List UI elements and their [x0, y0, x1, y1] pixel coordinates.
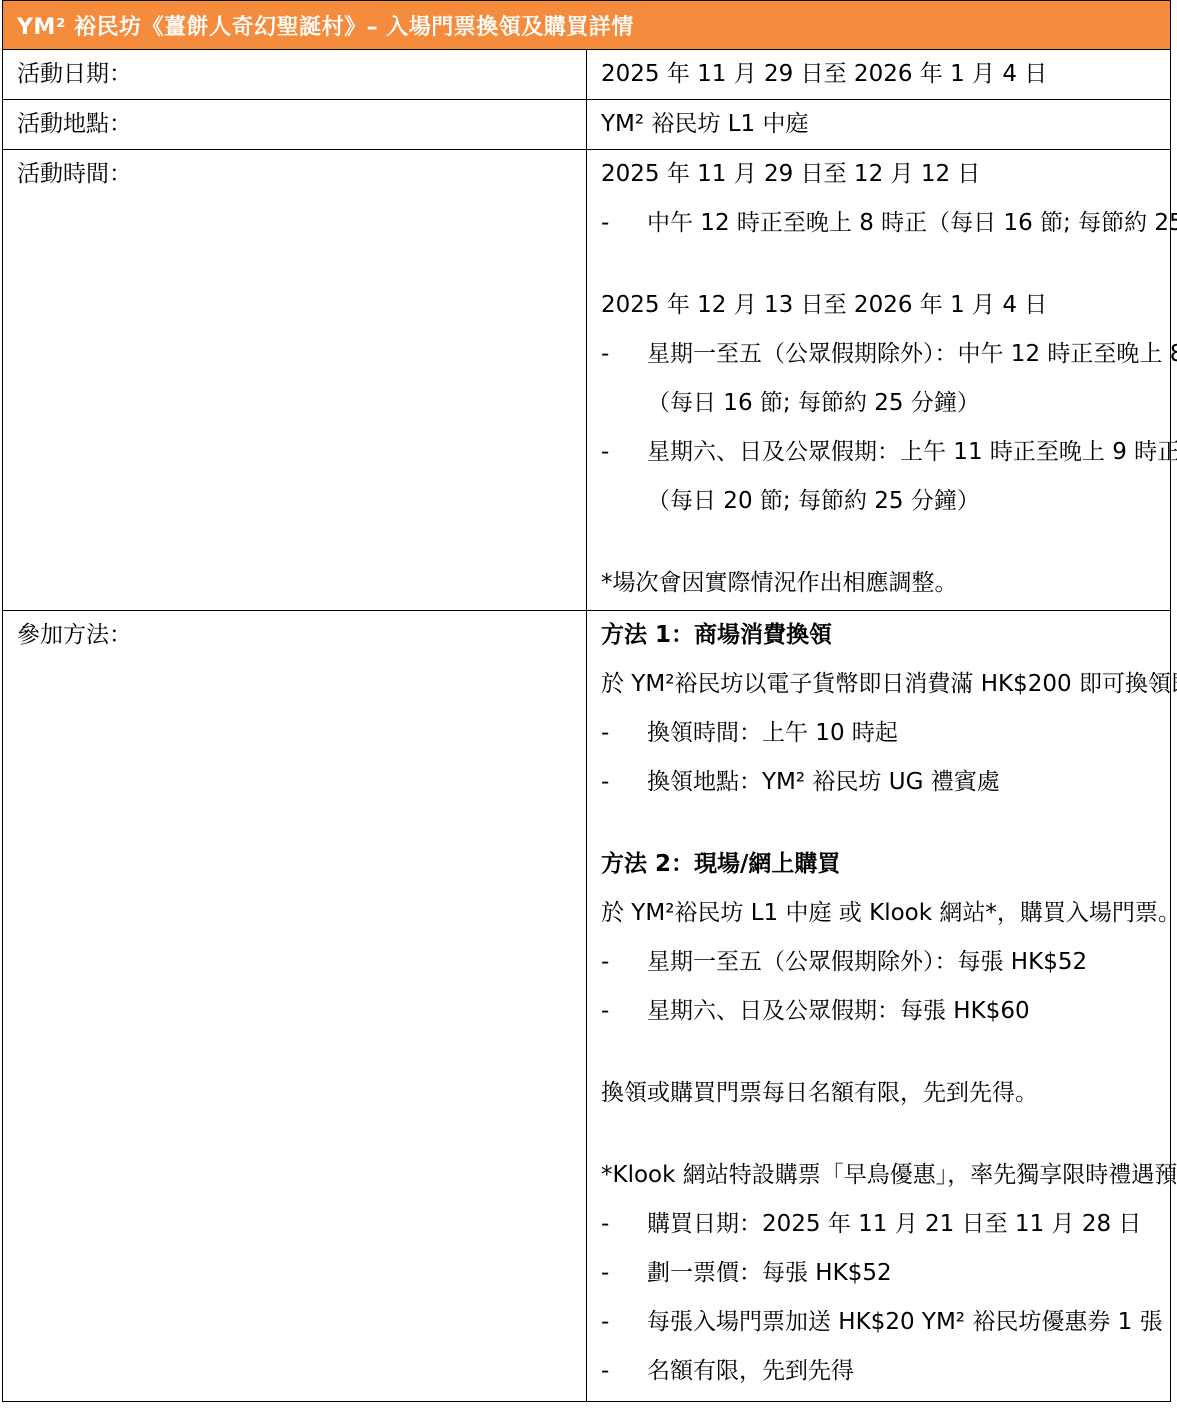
method-1-item: -換領地點：YM² 裕民坊 UG 禮賓處 — [601, 758, 1170, 807]
label-participation: 參加方法： — [3, 611, 587, 1402]
bullet-dash: - — [601, 199, 647, 248]
klook-promo-title: *Klook 網站特設購票「早鳥優惠」，率先獨享限時禮遇預購心水時段 — [601, 1151, 1170, 1200]
method-1-desc: 於 YM²裕民坊以電子貨幣即日消費滿 HK$200 即可換領即日入場門票 1 張… — [601, 660, 1170, 709]
klook-item: -每張入場門票加送 HK$20 YM² 裕民坊優惠券 1 張 — [601, 1298, 1170, 1347]
label-event-time: 活動時間： — [3, 150, 587, 611]
method-1-item: -換領時間：上午 10 時起 — [601, 709, 1170, 758]
label-event-date: 活動日期： — [3, 50, 587, 100]
ticket-info-table: YM² 裕民坊《薑餅人奇幻聖誕村》– 入場門票換領及購買詳情 活動日期： 202… — [2, 0, 1171, 1402]
period-2-item: -星期一至五（公眾假期除外）：中午 12 時正至晚上 8 時正 — [601, 330, 1170, 379]
row-event-time: 活動時間： 2025 年 11 月 29 日至 12 月 12 日 -中午 12… — [3, 150, 1171, 611]
row-event-date: 活動日期： 2025 年 11 月 29 日至 2026 年 1 月 4 日 — [3, 50, 1171, 100]
table-header-title: YM² 裕民坊《薑餅人奇幻聖誕村》– 入場門票換領及購買詳情 — [3, 1, 1171, 50]
ticket-info-document: YM² 裕民坊《薑餅人奇幻聖誕村》– 入場門票換領及購買詳情 活動日期： 202… — [2, 0, 1171, 1402]
period-2-item-sub: （每日 20 節; 每節約 25 分鐘） — [601, 477, 1170, 526]
label-event-venue: 活動地點： — [3, 100, 587, 150]
method-1-title: 方法 1：商場消費換領 — [601, 611, 1170, 660]
bullet-dash: - — [601, 428, 647, 477]
period-2-title: 2025 年 12 月 13 日至 2026 年 1 月 4 日 — [601, 281, 1170, 330]
method-2-item: -星期一至五（公眾假期除外）：每張 HK$52 — [601, 938, 1170, 987]
klook-item: -劃一票價：每張 HK$52 — [601, 1249, 1170, 1298]
period-1-item: -中午 12 時正至晚上 8 時正（每日 16 節; 每節約 25 分鐘） — [601, 199, 1170, 248]
method-2-title: 方法 2：現場/網上購買 — [601, 840, 1170, 889]
period-2-item: -星期六、日及公眾假期：上午 11 時正至晚上 9 時正 — [601, 428, 1170, 477]
event-venue-value: YM² 裕民坊 L1 中庭 — [601, 100, 1170, 149]
bullet-dash: - — [601, 330, 647, 379]
period-1-title: 2025 年 11 月 29 日至 12 月 12 日 — [601, 150, 1170, 199]
method-2-item: -星期六、日及公眾假期：每張 HK$60 — [601, 987, 1170, 1036]
quota-note: 換領或購買門票每日名額有限，先到先得。 — [601, 1069, 1170, 1118]
klook-item: -名額有限，先到先得 — [601, 1347, 1170, 1396]
row-participation: 參加方法： 方法 1：商場消費換領 於 YM²裕民坊以電子貨幣即日消費滿 HK$… — [3, 611, 1171, 1402]
method-2-desc: 於 YM²裕民坊 L1 中庭 或 Klook 網站*，購買入場門票。 — [601, 889, 1170, 938]
event-date-value: 2025 年 11 月 29 日至 2026 年 1 月 4 日 — [601, 50, 1170, 99]
period-2-item-sub: （每日 16 節; 每節約 25 分鐘） — [601, 379, 1170, 428]
schedule-note: *場次會因實際情況作出相應調整。 — [601, 559, 1170, 608]
klook-item: -購買日期：2025 年 11 月 21 日至 11 月 28 日 — [601, 1200, 1170, 1249]
row-event-venue: 活動地點： YM² 裕民坊 L1 中庭 — [3, 100, 1171, 150]
